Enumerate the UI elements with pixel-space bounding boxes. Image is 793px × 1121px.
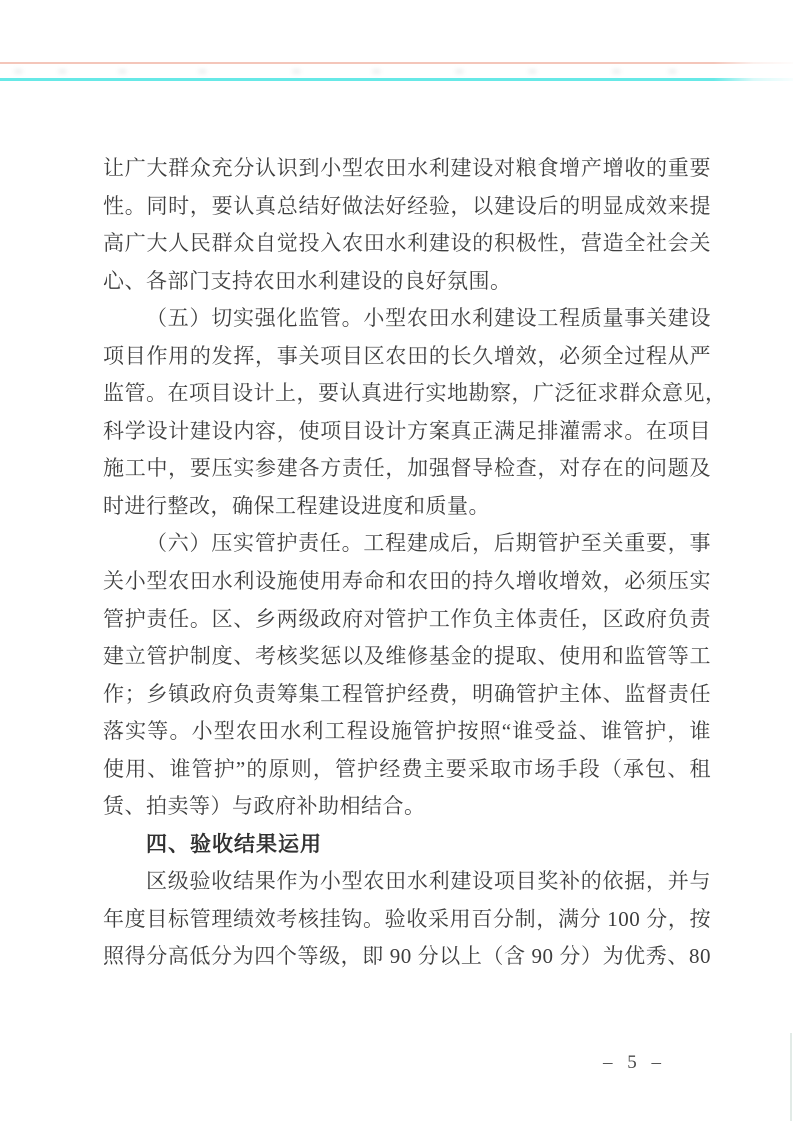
text-line: 施工中，要压实参建各方责任，加强督导检查，对存在的问题及 [103,450,711,488]
text-line: 性。同时，要认真总结好做法好经验，以建设后的明显成效来提 [103,188,711,226]
text-line: 关小型农田水利设施使用寿命和农田的持久增收增效，必须压实 [103,563,711,601]
text-line: 项目作用的发挥，事关项目区农田的长久增效，必须全过程从严 [103,338,711,376]
text-line: 科学设计建设内容，使项目设计方案真正满足排灌需求。在项目 [103,413,711,451]
header-rule-cyan [0,78,793,81]
text-line: 赁、拍卖等）与政府补助相结合。 [103,788,711,826]
document-page: 让广大群众充分认识到小型农田水利建设对粮食增产增收的重要性。同时，要认真总结好做… [0,0,793,1121]
text-line: 心、各部门支持农田水利建设的良好氛围。 [103,263,711,301]
document-body: 让广大群众充分认识到小型农田水利建设对粮食增产增收的重要性。同时，要认真总结好做… [103,150,711,976]
text-line: 时进行整改，确保工程建设进度和质量。 [103,488,711,526]
text-line: 建立管护制度、考核奖惩以及维修基金的提取、使用和监管等工 [103,638,711,676]
header-rule-pink [0,62,793,64]
text-line: 作；乡镇政府负责筹集工程管护经费，明确管护主体、监督责任 [103,676,711,714]
text-line: 监管。在项目设计上，要认真进行实地勘察，广泛征求群众意见， [103,375,711,413]
text-line: 管护责任。区、乡两级政府对管护工作负主体责任，区政府负责 [103,601,711,639]
text-line: 落实等。小型农田水利工程设施管护按照“谁受益、谁管护，谁 [103,713,711,751]
text-line: 高广大人民群众自觉投入农田水利建设的积极性，营造全社会关 [103,225,711,263]
text-line: 使用、谁管护”的原则，管护经费主要采取市场手段（承包、租 [103,751,711,789]
section-heading: 四、验收结果运用 [103,826,711,864]
text-line: （五）切实强化监管。小型农田水利建设工程质量事关建设 [103,300,711,338]
text-line: 照得分高低分为四个等级，即 90 分以上（含 90 分）为优秀、80 [103,938,711,976]
scan-edge-artifact [790,1033,792,1121]
text-line: 区级验收结果作为小型农田水利建设项目奖补的依据，并与 [103,863,711,901]
page-number: – 5 – [603,1052,666,1074]
text-line: 让广大群众充分认识到小型农田水利建设对粮食增产增收的重要 [103,150,711,188]
text-line: （六）压实管护责任。工程建成后，后期管护至关重要，事 [103,525,711,563]
text-line: 年度目标管理绩效考核挂钩。验收采用百分制，满分 100 分，按 [103,901,711,939]
